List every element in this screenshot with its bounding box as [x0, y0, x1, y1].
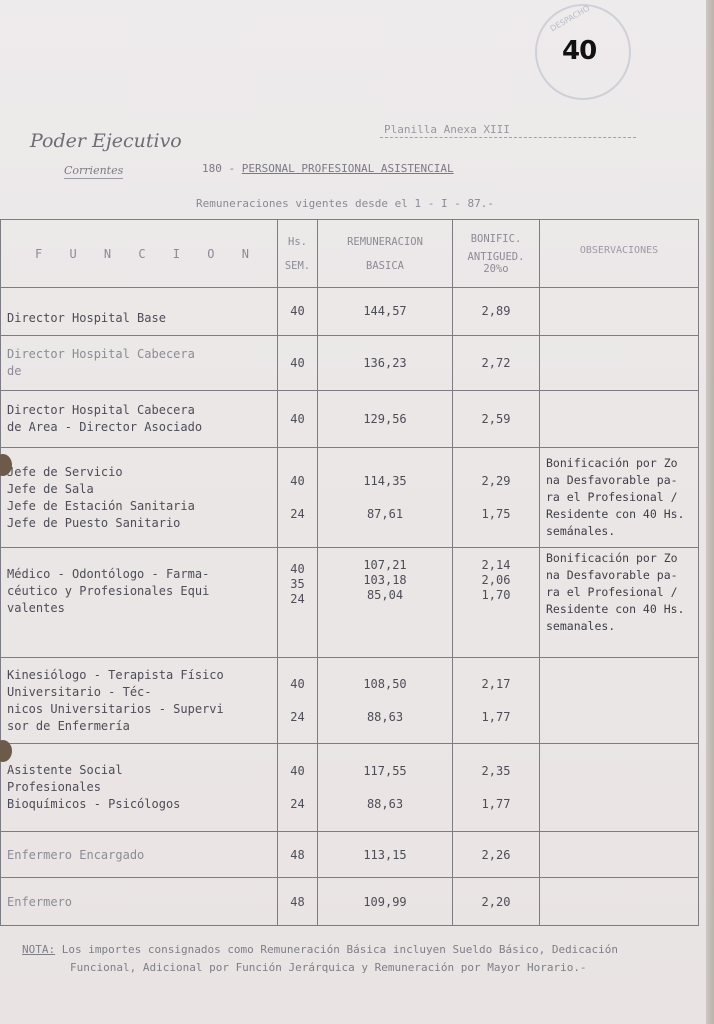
cell-hours: 40 35 24 — [278, 548, 318, 658]
cell-hours: 40 — [278, 336, 318, 391]
footnote: NOTA: Los importes consignados como Remu… — [22, 941, 682, 977]
cell-observations — [540, 832, 699, 878]
cell-funcion: Director Hospital Cabecera de Area - Dir… — [1, 391, 278, 448]
observation-line: ra el Profesional / — [546, 489, 692, 506]
table-row: Director Hospital Base 40 144,57 2,89 — [1, 288, 699, 336]
hours-value: 40 — [278, 676, 317, 693]
seal-subtitle: Corrientes — [64, 164, 123, 179]
section-title: PERSONAL PROFESIONAL ASISTENCIAL — [242, 162, 454, 175]
cell-funcion: Asistente Social Profesionales Bioquímic… — [1, 744, 278, 832]
funcion-line: Jefe de Sala — [7, 481, 271, 498]
cell-hours: 40 24 — [278, 744, 318, 832]
bonus-value: 2,17 — [459, 676, 533, 693]
funcion-line: de — [7, 363, 271, 380]
observation-line: Residente con 40 Hs. — [546, 601, 692, 618]
table-header-row: F U N C I O N Hs. SEM. REMUNERACION BASI… — [1, 220, 699, 288]
remuneration-value: 103,18 — [324, 573, 446, 588]
header-observations: OBSERVACIONES — [540, 220, 699, 288]
funcion-line: Profesionales — [7, 779, 271, 796]
cell-observations — [540, 288, 699, 336]
funcion-line: sor de Enfermería — [7, 718, 271, 735]
remuneration-value: 144,57 — [324, 303, 446, 320]
cell-funcion: Médico - Odontólogo - Farma- céutico y P… — [1, 548, 278, 658]
hours-value: 24 — [278, 796, 317, 813]
cell-observations — [540, 391, 699, 448]
cell-hours: 48 — [278, 832, 318, 878]
hours-value: 40 — [278, 473, 317, 490]
funcion-line: Jefe de Servicio — [7, 464, 271, 481]
remuneration-value: 88,63 — [324, 709, 446, 726]
section-heading: 180 - PERSONAL PROFESIONAL ASISTENCIAL — [202, 162, 454, 175]
cell-funcion: Enfermero Encargado — [1, 832, 278, 878]
cell-hours: 40 24 — [278, 658, 318, 744]
cell-bonus: 2,17 1,77 — [453, 658, 540, 744]
cell-funcion: Enfermero — [1, 878, 278, 926]
footnote-label: NOTA: — [22, 943, 55, 956]
funcion-line: céutico y Profesionales Equi — [7, 583, 271, 600]
footnote-text-1: Los importes consignados como Remuneraci… — [62, 943, 618, 956]
cell-observations — [540, 744, 699, 832]
cell-observations — [540, 878, 699, 926]
cell-hours: 48 — [278, 878, 318, 926]
funcion-line: de Area - Director Asociado — [7, 419, 271, 436]
cell-bonus: 2,72 — [453, 336, 540, 391]
hours-value: 40 — [278, 303, 317, 320]
bonus-value: 1,77 — [459, 796, 533, 813]
header-remuneration-line2: BASICA — [324, 260, 446, 272]
observation-line: na Desfavorable pa- — [546, 567, 692, 584]
annex-label: Planilla Anexa XIII — [384, 123, 510, 136]
header-bonus-line1: BONIFIC. — [459, 233, 533, 245]
table-row: Director Hospital Cabecera de Area - Dir… — [1, 391, 699, 448]
cell-remuneration: 109,99 — [318, 878, 453, 926]
funcion-line: Asistente Social — [7, 762, 271, 779]
cell-remuneration: 117,55 88,63 — [318, 744, 453, 832]
page-edge — [706, 0, 714, 1024]
header-hours-line2: SEM. — [278, 260, 317, 272]
bonus-value: 1,77 — [459, 709, 533, 726]
hours-value: 24 — [278, 506, 317, 523]
observation-line: Residente con 40 Hs. — [546, 506, 692, 523]
bonus-value: 2,06 — [459, 573, 533, 588]
header-funcion: F U N C I O N — [1, 220, 278, 288]
observation-line: Bonificación por Zo — [546, 455, 692, 472]
funcion-line: Jefe de Puesto Sanitario — [7, 515, 271, 532]
remuneration-value: 85,04 — [324, 588, 446, 603]
hours-value: 24 — [278, 592, 317, 607]
cell-funcion: Jefe de Servicio Jefe de Sala Jefe de Es… — [1, 448, 278, 548]
observation-line: semanales. — [546, 618, 692, 635]
remuneration-value: 88,63 — [324, 796, 446, 813]
header-remuneration: REMUNERACION BASICA — [318, 220, 453, 288]
cell-remuneration: 136,23 — [318, 336, 453, 391]
observation-line: ra el Profesional / — [546, 584, 692, 601]
header-bonus-line2: ANTIGUED. — [459, 251, 533, 263]
cell-hours: 40 — [278, 391, 318, 448]
cell-bonus: 2,89 — [453, 288, 540, 336]
bonus-value: 2,89 — [459, 303, 533, 320]
header-bonus: BONIFIC. ANTIGUED. 20%o — [453, 220, 540, 288]
header-bonus-line3: 20%o — [459, 263, 533, 275]
remuneration-value: 114,35 — [324, 473, 446, 490]
table-row: Jefe de Servicio Jefe de Sala Jefe de Es… — [1, 448, 699, 548]
cell-remuneration: 107,21 103,18 85,04 — [318, 548, 453, 658]
funcion-line: Director Hospital Cabecera — [7, 402, 271, 419]
cell-remuneration: 144,57 — [318, 288, 453, 336]
cell-remuneration: 114,35 87,61 — [318, 448, 453, 548]
hours-value: 40 — [278, 562, 317, 577]
funcion-line: Jefe de Estación Sanitaria — [7, 498, 271, 515]
document-page: DESPACHO 40 Poder Ejecutivo Corrientes P… — [0, 0, 708, 1024]
table-row: Enfermero 48 109,99 2,20 — [1, 878, 699, 926]
table-row: Médico - Odontólogo - Farma- céutico y P… — [1, 548, 699, 658]
page-number: 40 — [562, 36, 596, 66]
cell-bonus: 2,35 1,77 — [453, 744, 540, 832]
bonus-value: 1,75 — [459, 506, 533, 523]
funcion-line: Director Hospital Cabecera — [7, 346, 271, 363]
observation-line: na Desfavorable pa- — [546, 472, 692, 489]
cell-funcion: Director Hospital Cabecera de — [1, 336, 278, 391]
cell-bonus: 2,14 2,06 1,70 — [453, 548, 540, 658]
funcion-line: Bioquímicos - Psicólogos — [7, 796, 271, 813]
remuneration-value: 117,55 — [324, 763, 446, 780]
cell-remuneration: 129,56 — [318, 391, 453, 448]
funcion-line: Universitario - Téc- — [7, 684, 271, 701]
cell-observations — [540, 658, 699, 744]
table-row: Enfermero Encargado 48 113,15 2,26 — [1, 832, 699, 878]
bonus-value: 2,29 — [459, 473, 533, 490]
bonus-value: 2,35 — [459, 763, 533, 780]
table-row: Director Hospital Cabecera de 40 136,23 … — [1, 336, 699, 391]
seal-title: Poder Ejecutivo — [30, 130, 182, 152]
funcion-line: Director Hospital Base — [7, 296, 271, 327]
footnote-line-1: NOTA: Los importes consignados como Remu… — [22, 941, 682, 959]
observation-line: semánales. — [546, 523, 692, 540]
funcion-line: Médico - Odontólogo - Farma- — [7, 566, 271, 583]
remuneration-value: 87,61 — [324, 506, 446, 523]
cell-bonus: 2,59 — [453, 391, 540, 448]
header-hours: Hs. SEM. — [278, 220, 318, 288]
remuneration-value: 108,50 — [324, 676, 446, 693]
remuneration-value: 107,21 — [324, 558, 446, 573]
cell-funcion: Kinesiólogo - Terapista Físico Universit… — [1, 658, 278, 744]
cell-hours: 40 — [278, 288, 318, 336]
cell-observations: Bonificación por Zo na Desfavorable pa- … — [540, 548, 699, 658]
hours-value: 40 — [278, 763, 317, 780]
cell-observations: Bonificación por Zo na Desfavorable pa- … — [540, 448, 699, 548]
funcion-line: nicos Universitarios - Supervi — [7, 701, 271, 718]
validity-date: Remuneraciones vigentes desde el 1 - I -… — [196, 197, 494, 210]
annex-underline — [380, 137, 636, 138]
cell-bonus: 2,20 — [453, 878, 540, 926]
cell-hours: 40 24 — [278, 448, 318, 548]
header-hours-line1: Hs. — [278, 236, 317, 248]
hours-value: 35 — [278, 577, 317, 592]
funcion-line: valentes — [7, 600, 271, 617]
remuneration-table: F U N C I O N Hs. SEM. REMUNERACION BASI… — [0, 219, 699, 926]
header-remuneration-line1: REMUNERACION — [324, 236, 446, 248]
hours-value: 24 — [278, 709, 317, 726]
cell-remuneration: 113,15 — [318, 832, 453, 878]
cell-funcion: Director Hospital Base — [1, 288, 278, 336]
footnote-line-2: Funcional, Adicional por Función Jerárqu… — [22, 959, 682, 977]
section-number: 180 - — [202, 162, 235, 175]
table-row: Kinesiólogo - Terapista Físico Universit… — [1, 658, 699, 744]
observation-line: Bonificación por Zo — [546, 550, 692, 567]
cell-observations — [540, 336, 699, 391]
cell-bonus: 2,26 — [453, 832, 540, 878]
table-row: Asistente Social Profesionales Bioquímic… — [1, 744, 699, 832]
funcion-line: Kinesiólogo - Terapista Físico — [7, 667, 271, 684]
bonus-value: 2,14 — [459, 558, 533, 573]
cell-remuneration: 108,50 88,63 — [318, 658, 453, 744]
bonus-value: 1,70 — [459, 588, 533, 603]
cell-bonus: 2,29 1,75 — [453, 448, 540, 548]
